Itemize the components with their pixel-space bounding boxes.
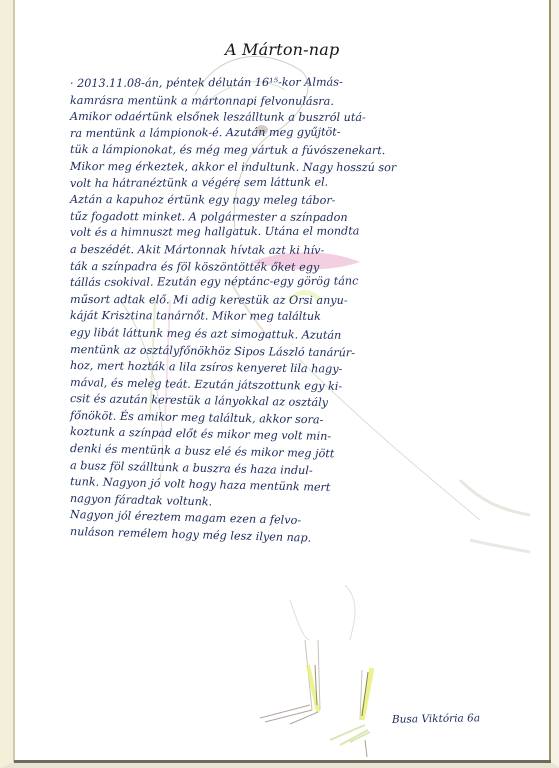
essay-line: tállás csokival. Ezután egy néptánc-egy … xyxy=(70,273,510,292)
essay-line: volt és a himnuszt meg hallgatuk. Utána … xyxy=(70,223,510,242)
essay-line: Aztán a kapuhoz értünk egy nagy meleg tá… xyxy=(70,192,510,210)
page-right-edge xyxy=(549,0,551,762)
page-left-edge xyxy=(13,0,15,762)
essay-line: káját Krisztina tanárnőt. Mikor meg talá… xyxy=(70,308,510,326)
essay-line: műsort adtak elő. Mi adig kerestük az Or… xyxy=(70,292,510,310)
essay-body: · 2013.11.08-án, péntek délután 16¹⁵-kor… xyxy=(70,76,510,541)
essay-line: volt ha hátranéztünk a végére sem láttun… xyxy=(70,173,510,192)
essay-title: A Márton-nap xyxy=(225,40,339,59)
author-signature: Busa Viktória 6a xyxy=(392,712,480,726)
essay-line: ra mentünk a lámpionok-é. Azután meg gyű… xyxy=(70,123,510,142)
essay-line: · 2013.11.08-án, péntek délután 16¹⁵-kor… xyxy=(70,74,510,93)
essay-line: kamrásra mentünk a mártonnapi felvonulás… xyxy=(70,93,510,111)
essay-line: tük a lámpionokat, és még meg vártuk a f… xyxy=(70,142,510,160)
page-bottom-edge xyxy=(14,760,551,763)
essay-line: a beszédét. Akit Mártonnak hívtak azt ki… xyxy=(70,242,510,260)
